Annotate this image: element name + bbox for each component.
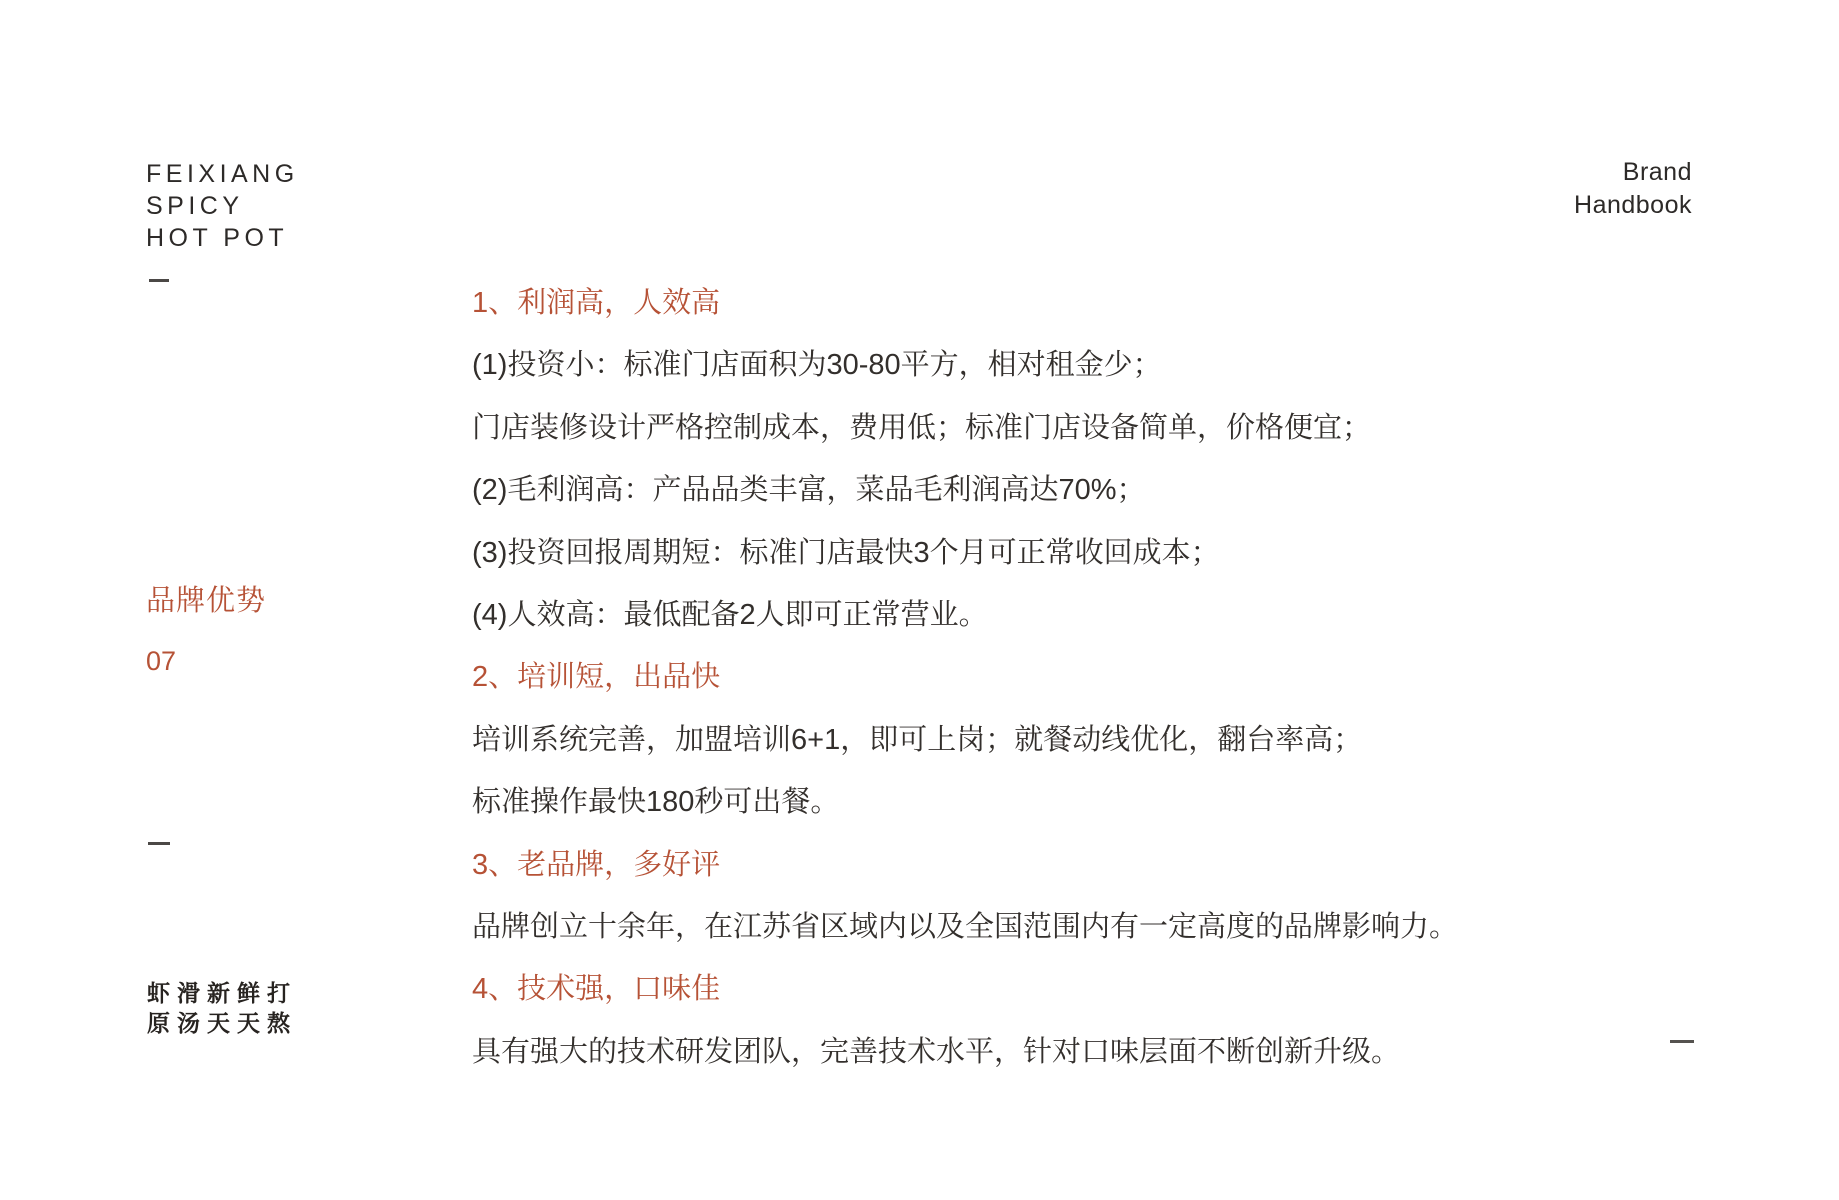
section-title: 品牌优势 (146, 578, 266, 619)
section-1-line-5: (4)人效高：最低配备2人即可正常营业。 (472, 584, 1458, 646)
brand-slogan: 虾滑新鲜打 原汤天天熬 (147, 979, 297, 1039)
section-2-line-2: 标准操作最快180秒可出餐。 (472, 771, 1458, 833)
brand-label-line-2: Handbook (1574, 189, 1692, 222)
logo-line-1: FEIXIANG (146, 158, 299, 190)
logo-line-3: HOT POT (146, 222, 299, 254)
section-1-line-1: (1)投资小：标准门店面积为30-80平方，相对租金少； (472, 334, 1458, 396)
logo-line-2: SPICY (146, 190, 299, 222)
section-1-heading: 1、利润高，人效高 (472, 272, 1458, 334)
section-4-line-1: 具有强大的技术研发团队，完善技术水平，针对口味层面不断创新升级。 (472, 1021, 1458, 1083)
section-4-heading: 4、技术强，口味佳 (472, 958, 1458, 1020)
section-2-heading: 2、培训短，出品快 (472, 646, 1458, 708)
section-2-line-1: 培训系统完善，加盟培训6+1，即可上岗；就餐动线优化，翻台率高； (472, 709, 1458, 771)
slogan-line-2: 原汤天天熬 (147, 1009, 297, 1039)
brand-logo-text: FEIXIANG SPICY HOT POT (146, 158, 299, 254)
section-1-line-4: (3)投资回报周期短：标准门店最快3个月可正常收回成本； (472, 522, 1458, 584)
section-1-line-2: 门店装修设计严格控制成本，费用低；标准门店设备简单，价格便宜； (472, 397, 1458, 459)
section-3-line-1: 品牌创立十余年，在江苏省区域内以及全国范围内有一定高度的品牌影响力。 (472, 896, 1458, 958)
logo-dash-divider (149, 279, 169, 282)
section-3-heading: 3、老品牌，多好评 (472, 834, 1458, 896)
bottom-right-dash-divider (1670, 1040, 1694, 1043)
section-1-line-3: (2)毛利润高：产品品类丰富，菜品毛利润高达70%； (472, 459, 1458, 521)
brand-label-line-1: Brand (1574, 156, 1692, 189)
slogan-line-1: 虾滑新鲜打 (147, 979, 297, 1009)
content-area: 1、利润高，人效高 (1)投资小：标准门店面积为30-80平方，相对租金少； 门… (472, 272, 1458, 1083)
brand-handbook-label: Brand Handbook (1574, 156, 1692, 222)
mid-dash-divider (148, 842, 170, 845)
page-number: 07 (146, 646, 176, 677)
